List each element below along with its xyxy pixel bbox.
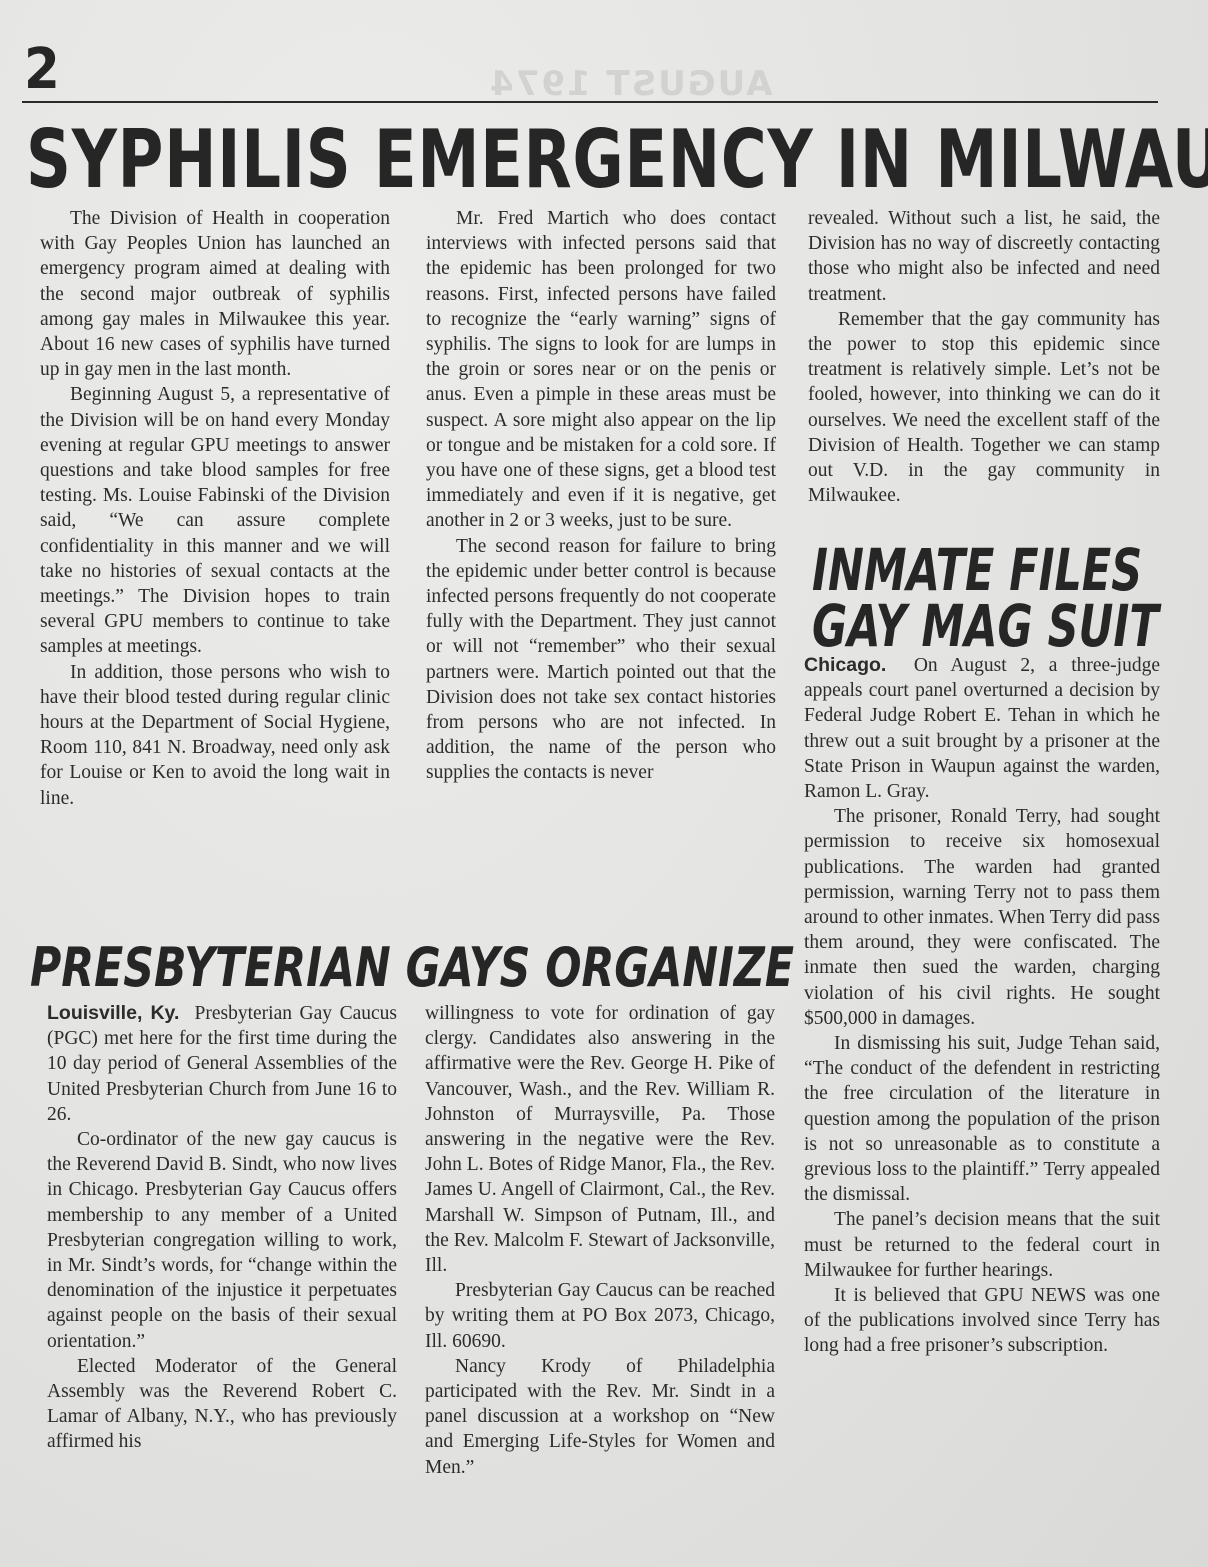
paragraph: Beginning August 5, a representative of … — [40, 382, 390, 659]
syphilis-column-1: The Division of Health in cooperation wi… — [40, 206, 390, 811]
paragraph: Elected Moderator of the General Assembl… — [47, 1354, 397, 1455]
paragraph: Mr. Fred Martich who does contact interv… — [426, 206, 776, 534]
dateline: Louisville, Ky. — [47, 1002, 179, 1024]
presbyterian-column-1: Louisville, Ky. Presbyterian Gay Caucus … — [47, 1001, 397, 1455]
inmate-column: Chicago. On August 2, a three-judge appe… — [804, 653, 1160, 1359]
paragraph-text: On August 2, a three-judge appeals court… — [804, 655, 1160, 802]
dateline: Chicago. — [804, 654, 886, 676]
paragraph: Remember that the gay community has the … — [808, 307, 1160, 509]
paragraph: In addition, those persons who wish to h… — [40, 660, 390, 811]
paragraph: Presbyterian Gay Caucus can be reached b… — [425, 1278, 775, 1354]
paragraph: The panel’s decision means that the suit… — [804, 1207, 1160, 1283]
syphilis-column-3: revealed. Without such a list, he said, … — [808, 206, 1160, 508]
paragraph: It is believed that GPU NEWS was one of … — [804, 1283, 1160, 1359]
page-number: 2 — [24, 42, 60, 98]
paragraph: willingness to vote for ordination of ga… — [425, 1001, 775, 1278]
header-rule — [22, 101, 1158, 103]
paragraph: The Division of Health in cooperation wi… — [40, 206, 390, 382]
paragraph: The prisoner, Ronald Terry, had sought p… — [804, 804, 1160, 1031]
headline-line: GAY MAG SUIT — [812, 598, 1159, 654]
lead-paragraph: Louisville, Ky. Presbyterian Gay Caucus … — [47, 1001, 397, 1127]
show-through-text: AUGUST 1974 — [488, 64, 773, 104]
syphilis-column-2: Mr. Fred Martich who does contact interv… — [426, 206, 776, 786]
headline-presbyterian-gays-organize: PRESBYTERIAN GAYS ORGANIZE — [30, 938, 794, 998]
paragraph: revealed. Without such a list, he said, … — [808, 206, 1160, 307]
presbyterian-column-2: willingness to vote for ordination of ga… — [425, 1001, 775, 1480]
paragraph: Co-ordinator of the new gay caucus is th… — [47, 1127, 397, 1354]
headline-inmate-files-gay-mag-suit: INMATE FILES GAY MAG SUIT — [812, 542, 1159, 654]
lead-paragraph: Chicago. On August 2, a three-judge appe… — [804, 653, 1160, 804]
newspaper-page: AUGUST 1974 2 SYPHILIS EMERGENCY IN MILW… — [0, 0, 1208, 1567]
paragraph: In dismissing his suit, Judge Tehan said… — [804, 1031, 1160, 1207]
paragraph: Nancy Krody of Philadelphia participated… — [425, 1354, 775, 1480]
headline-syphilis-emergency: SYPHILIS EMERGENCY IN MILWAUKEE — [26, 118, 1208, 202]
paragraph: The second reason for failure to bring t… — [426, 534, 776, 786]
headline-line: INMATE FILES — [812, 542, 1159, 598]
